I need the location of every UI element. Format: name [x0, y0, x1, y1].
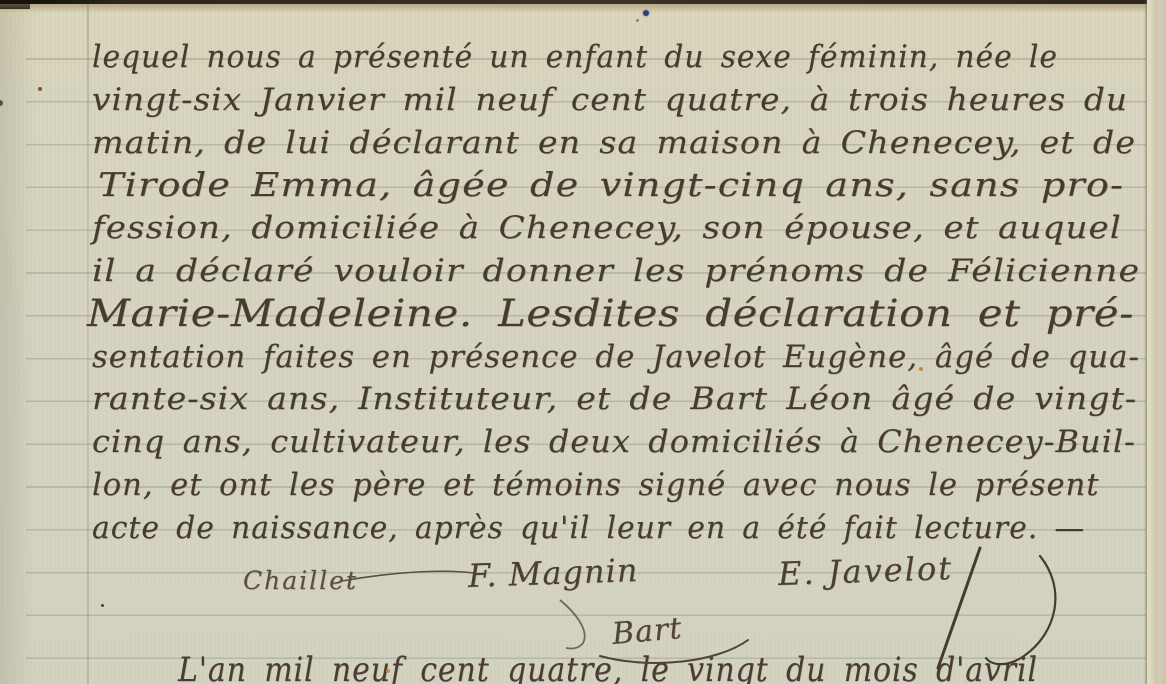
act-line-11: lon, et ont les père et témoins signé av… — [92, 464, 1152, 507]
act-line-7-text: Marie-Madeleine. Lesdites déclaration et… — [87, 293, 1134, 336]
act-line-2: vingt-six Janvier mil neuf cent quatre, … — [92, 79, 1152, 122]
next-act-first-line: L'an mil neuf cent quatre, le vingt du m… — [178, 650, 1154, 684]
act-line-11-text: lon, et ont les père et témoins signé av… — [92, 464, 1099, 507]
orange-speck-1 — [919, 367, 923, 371]
next-act-first-line-text: L'an mil neuf cent quatre, le vingt du m… — [178, 650, 1038, 684]
left-fold-line — [87, 0, 89, 684]
ink-dot — [101, 604, 104, 607]
act-line-12: acte de naissance, après qu'il leur en a… — [92, 507, 1152, 550]
act-line-6-text: il a déclaré vouloir donner les prénoms … — [92, 250, 1140, 293]
left-edge-shading — [0, 0, 34, 684]
act-line-5: fession, domiciliée à Chenecey, son épou… — [92, 207, 1152, 250]
act-line-4: Tirode Emma, âgée de vingt-cinq ans, san… — [98, 164, 1152, 207]
adjacent-page-strip — [1147, 0, 1166, 684]
act-line-3-text: matin, de lui déclarant en sa maison à C… — [92, 122, 1136, 165]
act-line-8-text: sentation faites en présence de Javelot … — [92, 336, 1140, 379]
act-line-10: cinq ans, cultivateur, les deux domicili… — [92, 421, 1152, 464]
act-line-1-text: lequel nous a présenté un enfant du sexe… — [92, 36, 1058, 79]
signature-magnin: F. Magnin — [467, 551, 639, 595]
act-line-5-text: fession, domiciliée à Chenecey, son épou… — [92, 207, 1122, 250]
brown-speck — [38, 87, 42, 91]
signature-chaillet: Chaillet — [243, 566, 358, 595]
act-line-2-text: vingt-six Janvier mil neuf cent quatre, … — [92, 79, 1128, 122]
signature-bart: Bart — [611, 611, 684, 652]
act-line-10-text: cinq ans, cultivateur, les deux domicili… — [92, 421, 1136, 464]
act-line-9-text: rante-six ans, Instituteur, et de Bart L… — [92, 378, 1137, 421]
orange-speck-2 — [386, 669, 390, 673]
act-line-6: il a déclaré vouloir donner les prénoms … — [92, 250, 1152, 293]
act-line-12-text: acte de naissance, après qu'il leur en a… — [92, 507, 1085, 550]
register-page-scan: lequel nous a présenté un enfant du sexe… — [0, 0, 1166, 684]
act-line-1: lequel nous a présenté un enfant du sexe… — [92, 36, 1152, 79]
act-line-4-text: Tirode Emma, âgée de vingt-cinq ans, san… — [98, 164, 1124, 207]
top-edge-shadow — [0, 4, 1166, 13]
act-line-9: rante-six ans, Instituteur, et de Bart L… — [92, 378, 1152, 421]
act-line-7: Marie-Madeleine. Lesdites déclaration et… — [87, 293, 1152, 336]
act-line-8: sentation faites en présence de Javelot … — [92, 336, 1152, 379]
birth-act-text: lequel nous a présenté un enfant du sexe… — [92, 36, 1152, 550]
act-line-3: matin, de lui déclarant en sa maison à C… — [92, 122, 1152, 165]
signature-javelot: E. Javelot — [777, 549, 953, 593]
blue-ink-stain-small — [636, 19, 639, 22]
